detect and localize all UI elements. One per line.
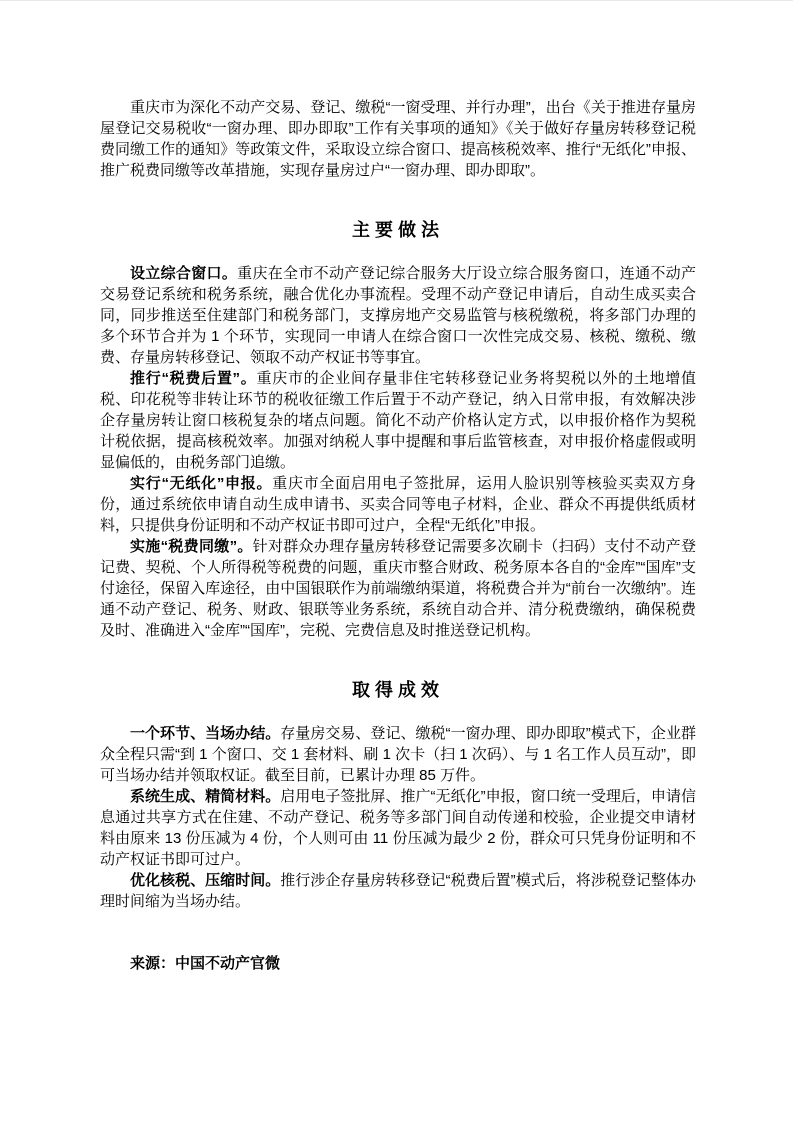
section-heading-achievements: 取得成效	[100, 678, 696, 702]
body-paragraph: 设立综合窗口。重庆在全市不动产登记综合服务大厅设立综合服务窗口，连通不动产交易登…	[100, 263, 696, 368]
paragraph-lead: 一个环节、当场办结。	[130, 725, 280, 742]
paragraph-lead: 实施“税费同缴”。	[130, 538, 253, 555]
paragraph-lead: 推行“税费后置”。	[130, 370, 257, 387]
body-paragraph: 一个环节、当场办结。存量房交易、登记、缴税“一窗办理、即办即取”模式下，企业群众…	[100, 723, 696, 786]
paragraph-lead: 实行“无纸化”申报。	[130, 475, 272, 492]
intro-paragraph: 重庆市为深化不动产交易、登记、缴税“一窗受理、并行办理”，出台《关于推进存量房屋…	[100, 97, 696, 181]
body-paragraph: 实行“无纸化”申报。重庆市全面启用电子签批屏，运用人脸识别等核验买卖双方身份，通…	[100, 473, 696, 536]
body-paragraph: 实施“税费同缴”。针对群众办理存量房转移登记需要多次刷卡（扫码）支付不动产登记费…	[100, 536, 696, 641]
body-paragraph: 推行“税费后置”。重庆市的企业间存量非住宅转移登记业务将契税以外的土地增值税、印…	[100, 368, 696, 473]
body-paragraph: 系统生成、精简材料。启用电子签批屏、推广“无纸化”申报，窗口统一受理后，申请信息…	[100, 786, 696, 870]
paragraph-lead: 优化核税、压缩时间。	[130, 872, 280, 889]
document-page: 重庆市为深化不动产交易、登记、缴税“一窗受理、并行办理”，出台《关于推进存量房屋…	[0, 0, 793, 1122]
source-line: 来源：中国不动产官微	[100, 953, 696, 974]
paragraph-lead: 系统生成、精简材料。	[130, 788, 280, 805]
section-heading-main-practices: 主要做法	[100, 218, 696, 242]
body-paragraph: 优化核税、压缩时间。推行涉企存量房转移登记“税费后置”模式后，将涉税登记整体办理…	[100, 870, 696, 912]
paragraph-lead: 设立综合窗口。	[130, 265, 237, 282]
